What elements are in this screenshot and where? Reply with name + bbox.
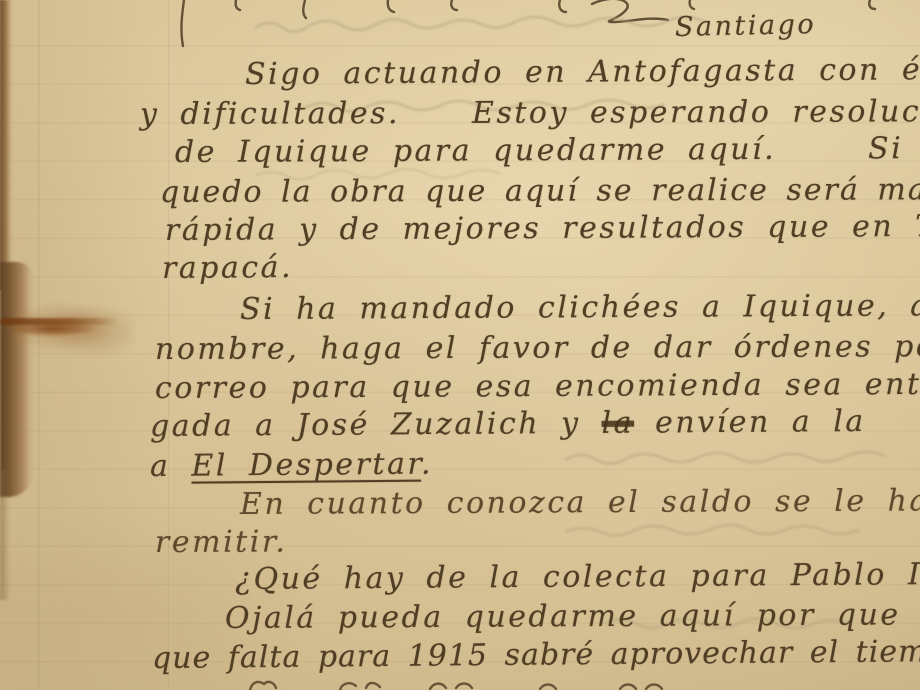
place-line: Santiago: [675, 11, 817, 41]
handwritten-line: y dificultades.Estoy esperando resolució…: [140, 97, 920, 130]
line-segment: gada a José Zuzalich y: [150, 406, 602, 444]
line-segment: Estoy esperando resolución: [472, 97, 920, 129]
handwritten-line: rápida y de mejores resultados que en Ta: [165, 212, 920, 246]
line-segment: Si me: [868, 134, 920, 165]
rust-stain-streak: [0, 318, 118, 325]
line-segment: de Iquique para quedarme aquí.: [175, 132, 776, 170]
handwritten-line: nombre, haga el favor de dar órdenes por: [155, 332, 920, 365]
bleed-through-mark: [250, 16, 730, 36]
handwritten-line: ¿Qué hay de la colecta para Pablo Iglesi…: [235, 559, 920, 595]
handwritten-line: remitir.: [155, 528, 287, 558]
handwritten-line: de Iquique para quedarme aquí.Si me: [175, 134, 920, 168]
underlined-phrase: El Despertar: [191, 447, 421, 484]
handwritten-line: Sigo actuando en Antofagasta con éxito: [245, 55, 920, 90]
handwritten-line: rapacá.: [162, 253, 293, 284]
line-segment: .: [421, 447, 433, 482]
line-segment: y dificultades.: [140, 96, 400, 132]
torn-page-edge-top: [0, 0, 13, 290]
handwritten-line: Si ha mandado clichées a Iquique, a mi: [240, 291, 920, 325]
handwritten-line: a El Despertar.: [150, 450, 433, 482]
handwritten-line: gada a José Zuzalich y la envíen a la: [150, 407, 866, 442]
struck-word: la: [601, 406, 634, 441]
handwritten-line: que falta para 1915 sabré aprovechar el …: [152, 637, 920, 674]
line-segment: envíen a la: [634, 404, 866, 441]
handwritten-line: correo para que esa encomienda sea entre: [155, 370, 920, 404]
handwritten-line: quedo la obra que aquí se realice será m…: [160, 175, 920, 208]
rust-stain: [0, 288, 135, 366]
cropped-bottom-line-fragments: [0, 678, 920, 690]
manuscript-page: Santiago Sigo actuando en Antofagasta co…: [0, 0, 920, 690]
handwritten-line: Ojalá pueda quedarme aquí por que en lo: [225, 600, 920, 634]
line-segment: a: [150, 449, 192, 484]
torn-page-edge-bottom: [0, 470, 10, 600]
bleed-through-mark: [560, 520, 920, 540]
bleed-through-mark: [560, 448, 920, 468]
handwritten-line: En cuanto conozca el saldo se le hará: [240, 486, 920, 520]
